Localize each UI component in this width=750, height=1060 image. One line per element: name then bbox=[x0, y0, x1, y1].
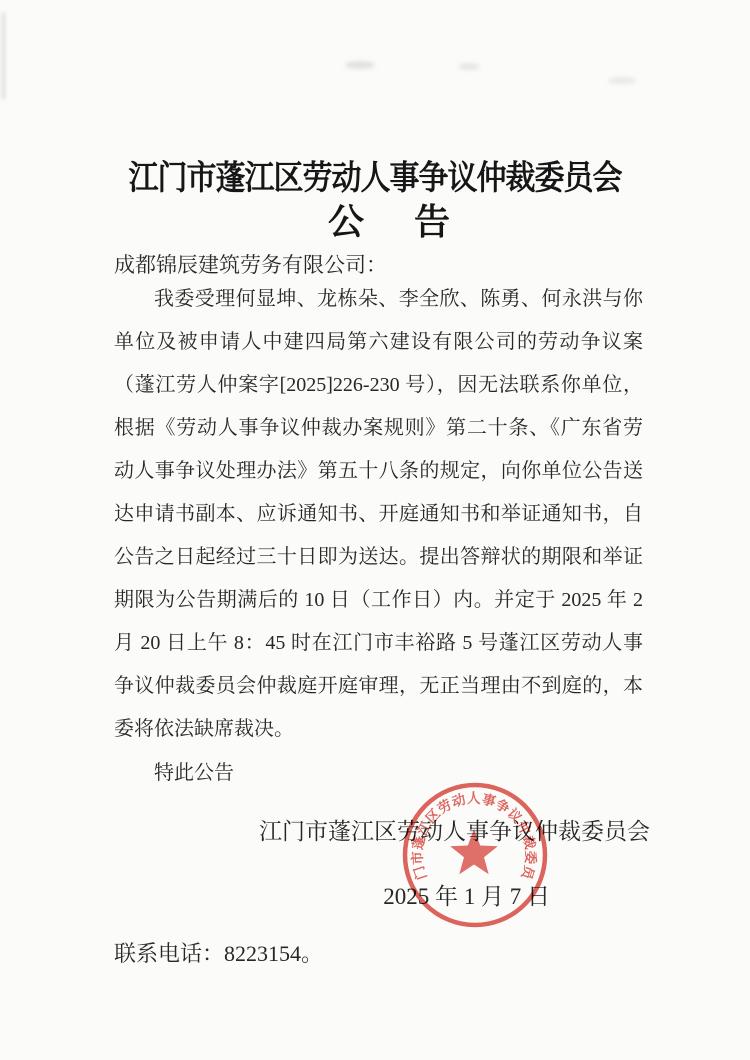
signature-org-name: 江门市蓬江区劳动人事争议仲裁委员会 bbox=[0, 813, 750, 846]
scan-edge-artifact bbox=[1, 12, 6, 100]
body-line: 月 20 日上午 8：45 时在江门市丰裕路 5 号蓬江区劳动人事 bbox=[114, 622, 643, 665]
body-line: 根据《劳动人事争议仲裁办案规则》第二十条、《广东省劳 bbox=[114, 407, 643, 450]
body-line: 我委受理何显坤、龙栋朵、李全欣、陈勇、何永洪与你 bbox=[114, 278, 643, 321]
announcement-body: 我委受理何显坤、龙栋朵、李全欣、陈勇、何永洪与你 单位及被申请人中建四局第六建设… bbox=[114, 278, 643, 751]
announcement-document-page: 江门市蓬江区劳动人事争议仲裁委员会 公 告 成都锦辰建筑劳务有限公司： 我委受理… bbox=[0, 0, 750, 1060]
body-line: 公告之日起经过三十日即为送达。提出答辩状的期限和举证 bbox=[114, 536, 643, 579]
body-line: 动人事争议处理办法》第五十八条的规定，向你单位公告送 bbox=[114, 450, 643, 493]
official-seal: 江门市蓬江区劳动人事争议仲裁委员会 bbox=[395, 772, 555, 940]
scan-smudge-artifact bbox=[345, 61, 375, 69]
contact-phone: 联系电话：8223154。 bbox=[114, 937, 323, 968]
body-line: 期限为公告期满后的 10 日（工作日）内。并定于 2025 年 2 bbox=[114, 579, 643, 622]
doc-type-char-left: 公 bbox=[328, 194, 364, 245]
body-line: 达申请书副本、应诉通知书、开庭通知书和举证通知书，自 bbox=[114, 493, 643, 536]
body-line: 单位及被申请人中建四局第六建设有限公司的劳动争议案 bbox=[114, 321, 643, 364]
issuing-org-title: 江门市蓬江区劳动人事争议仲裁委员会 bbox=[0, 150, 750, 199]
scan-smudge-artifact bbox=[608, 77, 636, 84]
addressee-company: 成都锦辰建筑劳务有限公司： bbox=[114, 249, 387, 279]
scan-smudge-artifact bbox=[458, 63, 480, 70]
body-line: （蓬江劳人仲案字[2025]226-230 号），因无法联系你单位， bbox=[114, 364, 643, 407]
body-line: 委将依法缺席裁决。 bbox=[114, 708, 643, 751]
issue-date: 2025 年 1 月 7 日 bbox=[0, 878, 750, 911]
doc-type-title: 公 告 bbox=[0, 194, 750, 245]
body-line: 争议仲裁委员会仲裁庭开庭审理，无正当理由不到庭的，本 bbox=[114, 665, 643, 708]
doc-type-char-right: 告 bbox=[414, 194, 450, 245]
closing-phrase: 特此公告 bbox=[154, 752, 234, 795]
seal-star-icon bbox=[450, 829, 498, 874]
